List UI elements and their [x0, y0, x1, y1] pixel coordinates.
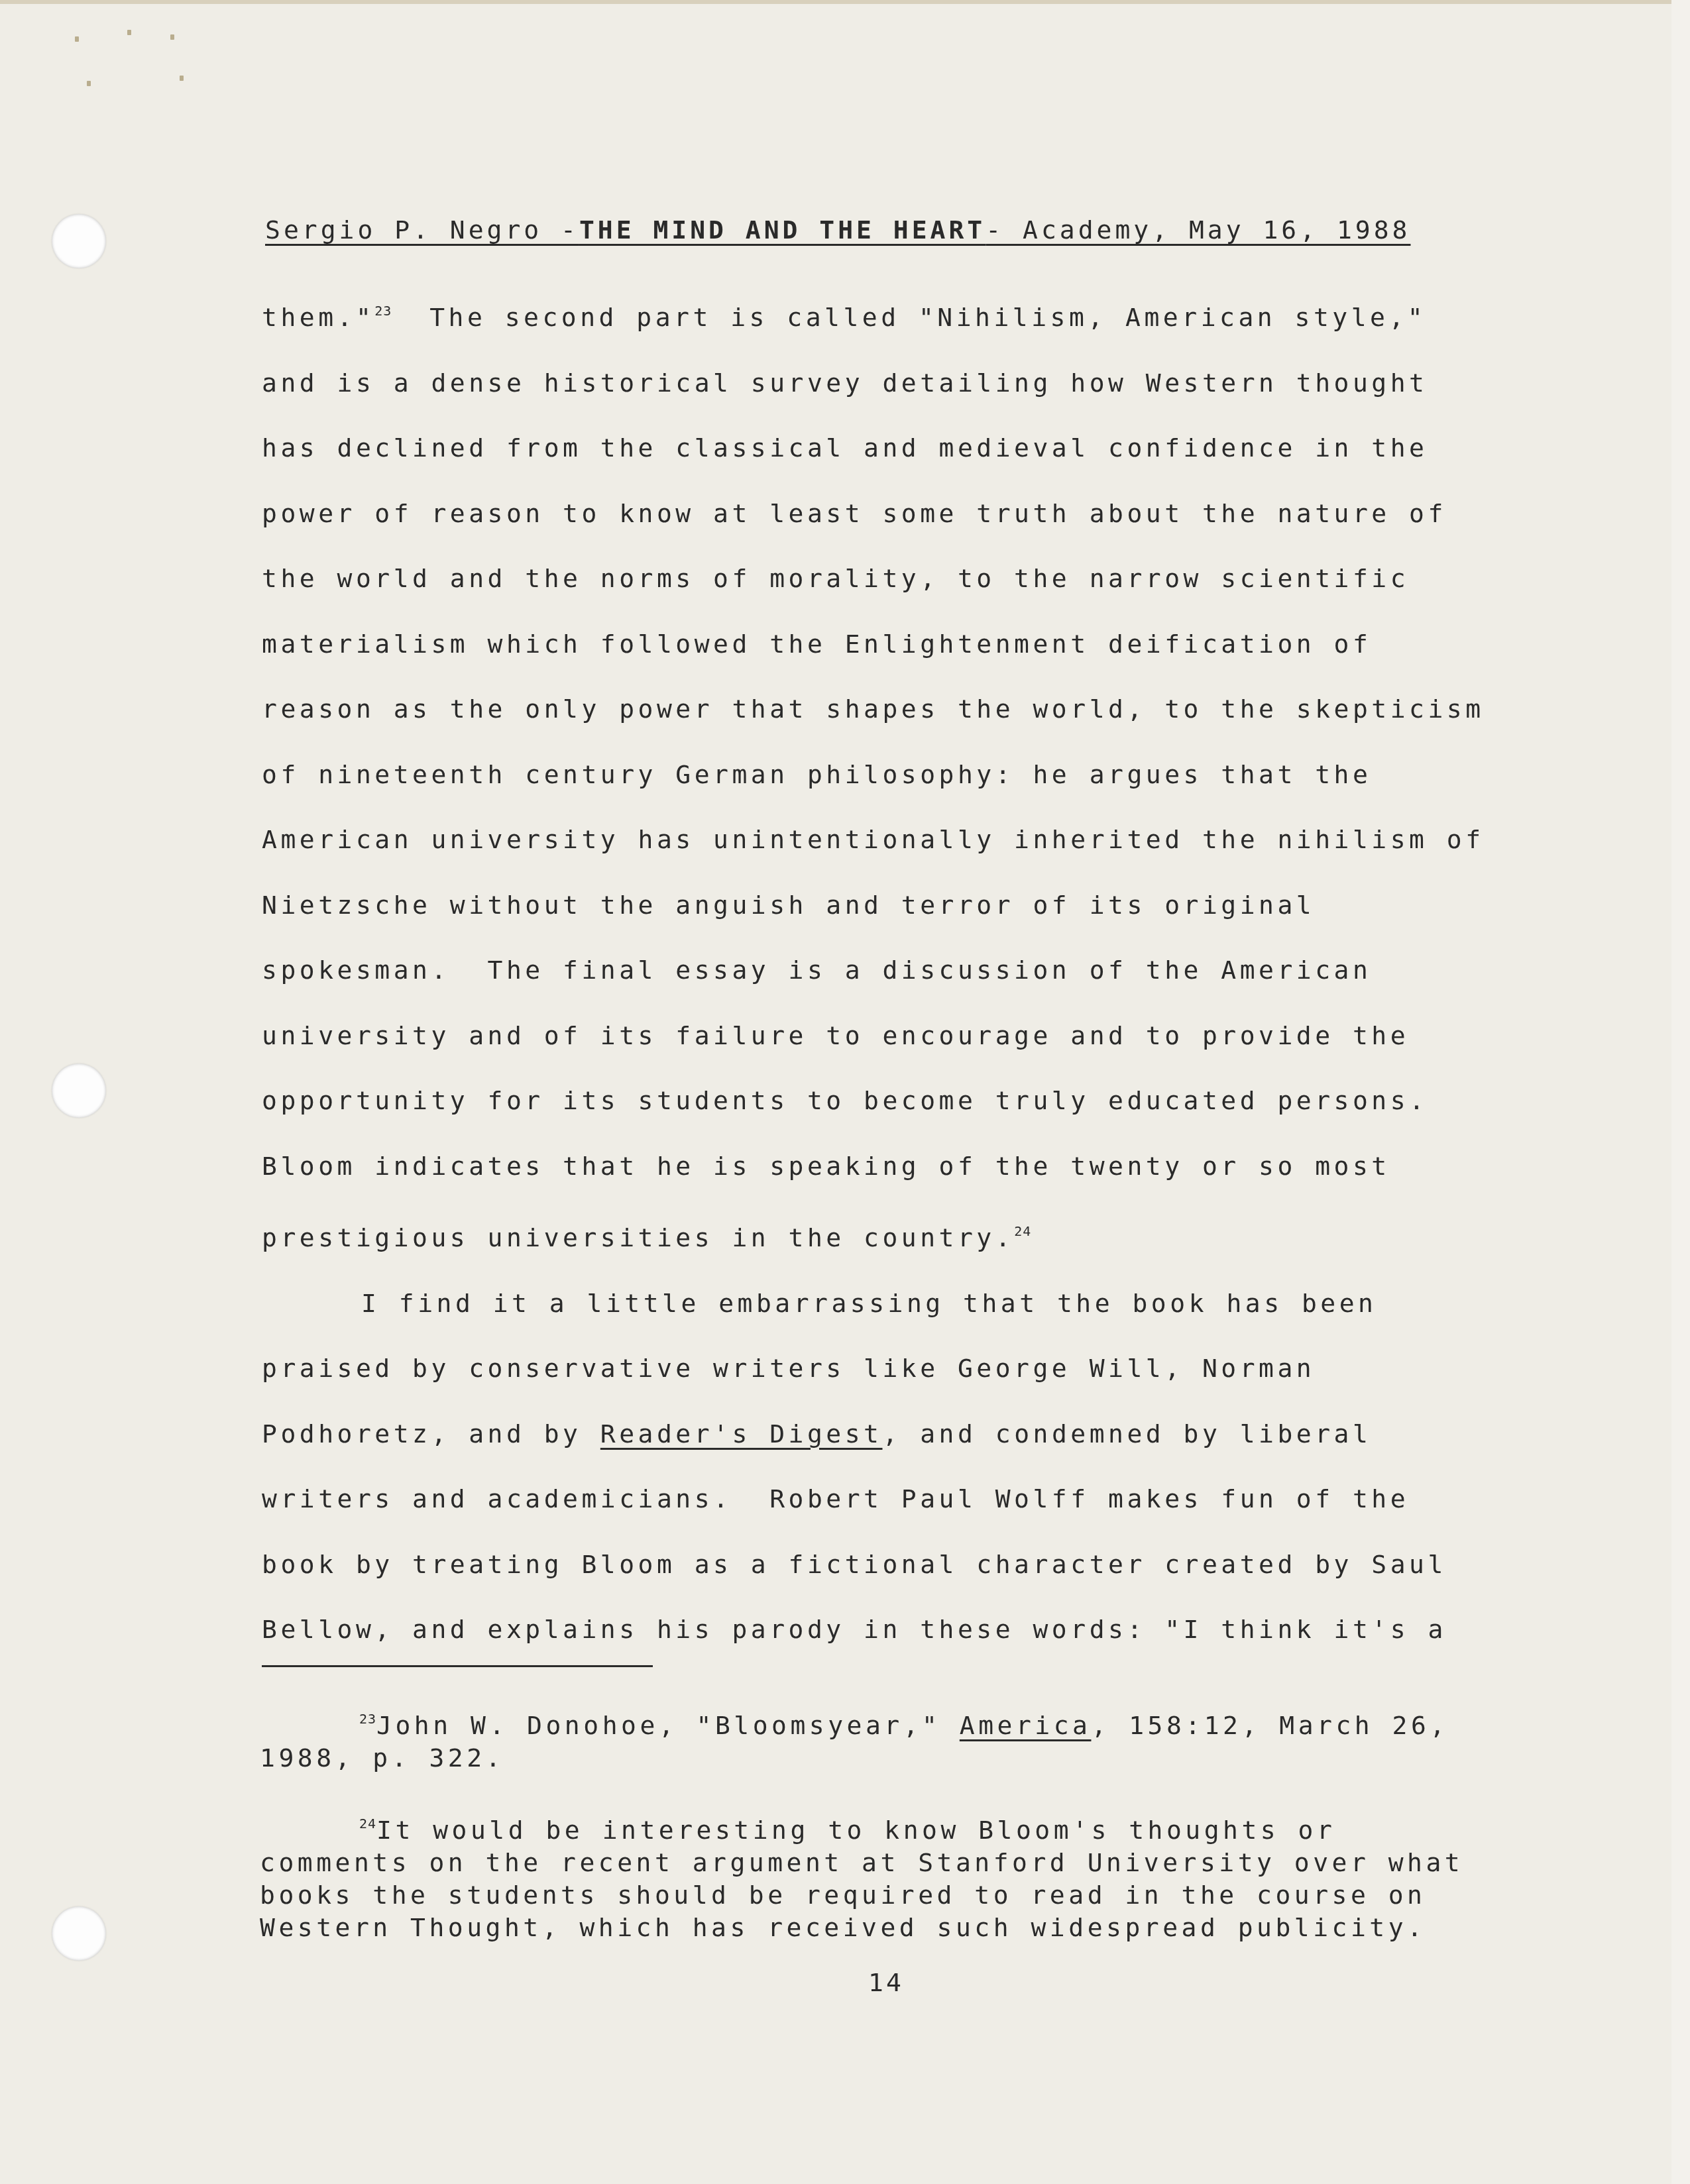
- header-author: Sergio P. Negro -: [265, 215, 579, 245]
- pin-mark: [87, 81, 91, 86]
- body-line: opportunity for its students to become t…: [262, 1068, 1561, 1134]
- body-line: spokesman. The final essay is a discussi…: [262, 938, 1561, 1003]
- readers-digest-title: Reader's Digest: [600, 1419, 883, 1448]
- footnote-ref-24: 24: [1014, 1223, 1031, 1239]
- footnote-line: books the students should be required to…: [260, 1879, 1559, 1912]
- footnote-ref-23: 23: [374, 303, 392, 319]
- page-top-edge: [0, 0, 1690, 4]
- body-line: university and of its failure to encoura…: [262, 1003, 1561, 1069]
- line-text: , and condemned by liberal: [882, 1419, 1371, 1448]
- punch-hole-bottom: [52, 1906, 106, 1961]
- body-line: American university has unintentionally …: [262, 807, 1561, 873]
- pin-mark: [127, 30, 131, 35]
- page-right-edge: [1671, 0, 1690, 2184]
- body-line: Podhoretz, and by Reader's Digest, and c…: [262, 1401, 1561, 1467]
- body-line: and is a dense historical survey detaili…: [262, 351, 1561, 416]
- punch-hole-middle: [52, 1064, 106, 1118]
- pin-mark: [170, 34, 174, 40]
- line-text: Podhoretz, and by: [262, 1419, 600, 1448]
- line-text: prestigious universities in the country.: [262, 1223, 1014, 1252]
- punch-hole-top: [52, 214, 106, 268]
- body-line: power of reason to know at least some tr…: [262, 481, 1561, 547]
- footnote-line: 23John W. Donohoe, "Bloomsyear," America…: [260, 1703, 1559, 1742]
- footnote-text: It would be interesting to know Bloom's …: [376, 1816, 1335, 1845]
- body-line: materialism which followed the Enlighten…: [262, 612, 1561, 677]
- line-text: The second part is called "Nihilism, Ame…: [392, 303, 1426, 332]
- header-venue: - Academy, May 16, 1988: [986, 215, 1410, 245]
- line-text: them.": [262, 303, 374, 332]
- pin-mark: [180, 76, 184, 81]
- footnote-number: 23: [359, 1711, 376, 1727]
- page-number: 14: [868, 1968, 904, 1997]
- footnote-line: 1988, p. 322.: [260, 1742, 1559, 1774]
- running-header: Sergio P. Negro -THE MIND AND THE HEART-…: [265, 215, 1498, 245]
- footnote-number: 24: [359, 1816, 376, 1831]
- body-line: Bellow, and explains his parody in these…: [262, 1597, 1561, 1663]
- body-line: of nineteenth century German philosophy:…: [262, 742, 1561, 808]
- body-text: them."23 The second part is called "Nihi…: [262, 278, 1561, 1663]
- body-line: Nietzsche without the anguish and terror…: [262, 873, 1561, 938]
- footnotes: 23John W. Donohoe, "Bloomsyear," America…: [260, 1703, 1559, 1977]
- body-line: writers and academicians. Robert Paul Wo…: [262, 1466, 1561, 1532]
- footnote-text: John W. Donohoe, "Bloomsyear,": [376, 1711, 960, 1740]
- footnote-line: comments on the recent argument at Stanf…: [260, 1847, 1559, 1879]
- body-line: Bloom indicates that he is speaking of t…: [262, 1134, 1561, 1199]
- footnote-line: 24It would be interesting to know Bloom'…: [260, 1808, 1559, 1847]
- document-page: Sergio P. Negro -THE MIND AND THE HEART-…: [0, 0, 1690, 2184]
- body-line: prestigious universities in the country.…: [262, 1199, 1561, 1271]
- header-title: THE MIND AND THE HEART: [579, 215, 986, 245]
- paragraph-start-line: I find it a little embarrassing that the…: [262, 1271, 1561, 1337]
- footnote-separator: [262, 1665, 653, 1667]
- body-line: reason as the only power that shapes the…: [262, 677, 1561, 742]
- footnote-23: 23John W. Donohoe, "Bloomsyear," America…: [260, 1703, 1559, 1774]
- america-journal-title: America: [960, 1711, 1092, 1740]
- pin-mark: [75, 36, 79, 42]
- footnote-line: Western Thought, which has received such…: [260, 1912, 1559, 1944]
- body-line: praised by conservative writers like Geo…: [262, 1336, 1561, 1401]
- body-line: them."23 The second part is called "Nihi…: [262, 278, 1561, 351]
- body-line: the world and the norms of morality, to …: [262, 546, 1561, 612]
- footnote-text: , 158:12, March 26,: [1091, 1711, 1448, 1740]
- body-line: book by treating Bloom as a fictional ch…: [262, 1532, 1561, 1598]
- footnote-24: 24It would be interesting to know Bloom'…: [260, 1808, 1559, 1944]
- body-line: has declined from the classical and medi…: [262, 415, 1561, 481]
